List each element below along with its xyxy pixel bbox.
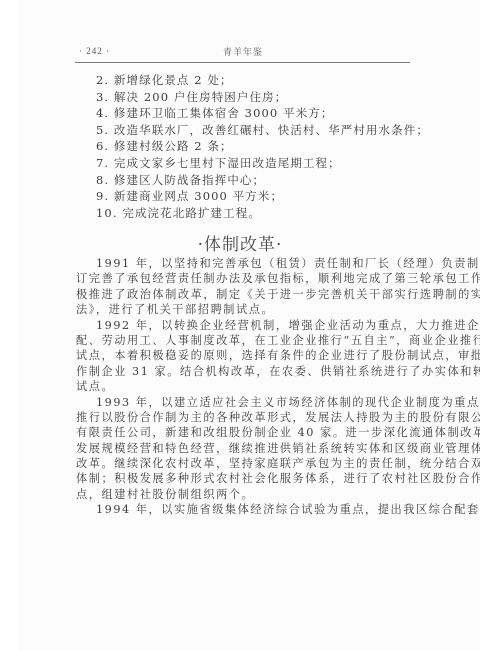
paragraph-1991: 1991 年，以坚持和完善承包（租赁）责任制和厂长（经理）负责制为重点，修 订完… bbox=[76, 256, 412, 318]
body-text: 1991 年，以坚持和完善承包（租赁）责任制和厂长（经理）负责制为重点，修 订完… bbox=[76, 256, 412, 518]
list-item: 7. 完成文家乡七里村下湿田改造尾期工程； bbox=[96, 155, 410, 172]
paragraph-1994: 1994 年，以实施省级集体经济综合试验为重点，提出我区综合配套改革试 bbox=[76, 502, 412, 517]
paragraph-1993: 1993 年，以建立适应社会主义市场经济体制的现代企业制度为重点，积极 推行以股… bbox=[76, 395, 412, 503]
list-item: 10. 完成浣花北路扩建工程。 bbox=[96, 205, 410, 222]
text-line: 推行以股份合作制为主的各种改革形式，发展法人持股为主的股份有限公司和 bbox=[76, 410, 412, 425]
running-head: · 242 · 青羊年鉴 bbox=[76, 44, 410, 60]
text-line: 点，组建村社股份制组织两个。 bbox=[76, 487, 412, 502]
text-line: 试点，本着积极稳妥的原则，选择有条件的企业进行了股份制试点，审批股份合 bbox=[76, 348, 412, 363]
header-rule bbox=[75, 62, 410, 63]
text-line: 试点。 bbox=[76, 379, 412, 394]
text-line: 极推进了政治体制改革，制定《关于进一步完善机关干部实行选聘制的实施办 bbox=[76, 287, 412, 302]
paragraph-1992: 1992 年，以转换企业经营机制，增强企业活动为重点，大力推进企业内部分 配、劳… bbox=[76, 318, 412, 395]
text-line: 发展规模经营和特色经营，继续推进供销社系统转实体和区级商业管理体制的 bbox=[76, 441, 412, 456]
project-list: 2. 新增绿化景点 2 处； 3. 解决 200 户住房特困户住房； 4. 修建… bbox=[96, 72, 410, 221]
text-line: 订完善了承包经营责任制办法及承包指标，顺利地完成了第三轮承包工作。积 bbox=[76, 271, 412, 286]
text-line: 配、劳动用工、人事制度改革，在工业企业推行“五自主”，商业企业推行“四放活” bbox=[76, 333, 412, 348]
list-item: 8. 修建区人防战备指挥中心； bbox=[96, 172, 410, 189]
section-title: ·体制改革· bbox=[0, 230, 480, 255]
text-line: 1993 年，以建立适应社会主义市场经济体制的现代企业制度为重点，积极 bbox=[76, 395, 412, 410]
text-line: 1994 年，以实施省级集体经济综合试验为重点，提出我区综合配套改革试 bbox=[76, 502, 412, 517]
text-line: 法》，进行了机关干部招聘制试点。 bbox=[76, 302, 412, 317]
list-item: 5. 改造华联水厂，改善红碾村、快活村、华严村用水条件； bbox=[96, 122, 410, 139]
text-line: 1992 年，以转换企业经营机制，增强企业活动为重点，大力推进企业内部分 bbox=[76, 318, 412, 333]
book-title: 青羊年鉴 bbox=[76, 45, 410, 58]
list-item: 4. 修建环卫临工集体宿舍 3000 平米方； bbox=[96, 105, 410, 122]
text-line: 1991 年，以坚持和完善承包（租赁）责任制和厂长（经理）负责制为重点，修 bbox=[76, 256, 412, 271]
text-line: 体制；积极发展多种形式农村社会化服务体系，进行了农村社区股份合作制试 bbox=[76, 471, 412, 486]
text-line: 有限责任公司，新建和改组股份制企业 40 家。进一步深化流通体制改革，积极 bbox=[76, 425, 412, 440]
list-item: 6. 修建村级公路 2 条； bbox=[96, 138, 410, 155]
list-item: 3. 解决 200 户住房特困户住房； bbox=[96, 89, 410, 106]
text-line: 改革。继续深化农村改革，坚持家庭联产承包为主的责任制，统分结合双层经营 bbox=[76, 456, 412, 471]
text-line: 作制企业 31 家。结合机构改革，在农委、供销社系统进行了办实体和转实体的 bbox=[76, 364, 412, 379]
list-item: 9. 新建商业网点 3000 平方米； bbox=[96, 188, 410, 205]
list-item: 2. 新增绿化景点 2 处； bbox=[96, 72, 410, 89]
